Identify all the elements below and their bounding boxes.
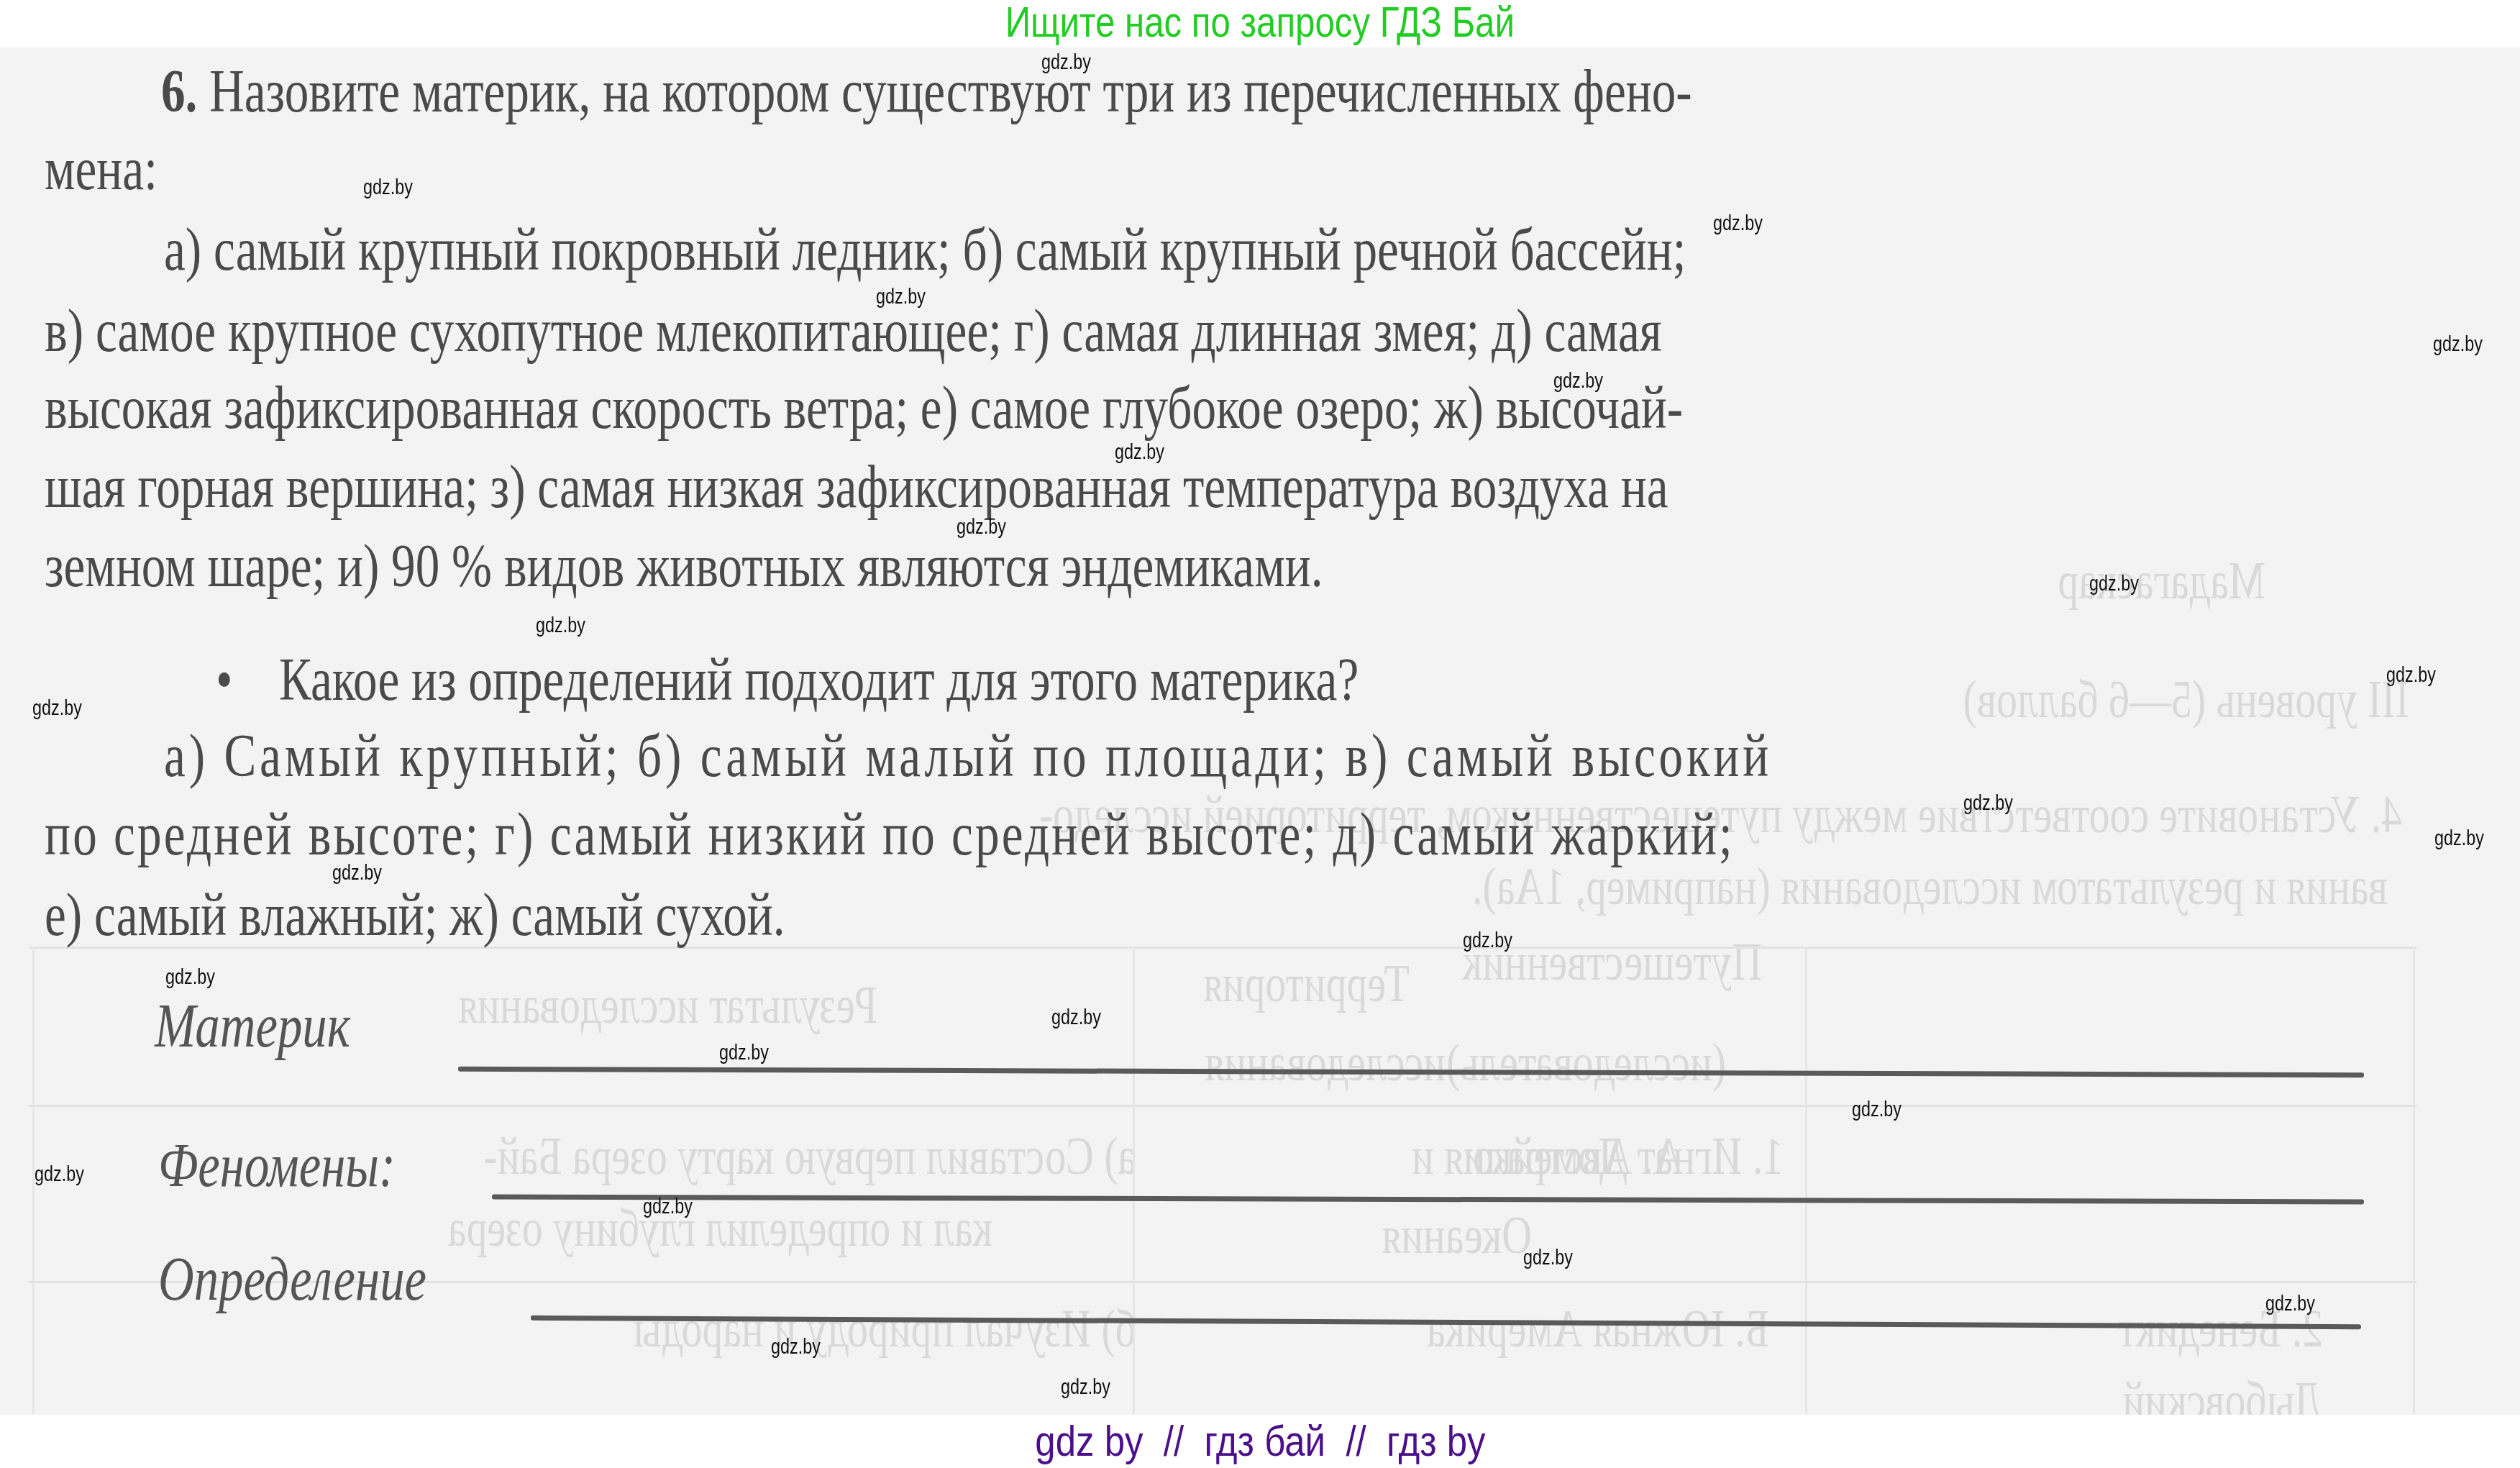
watermark: gdz.by bbox=[2434, 826, 2484, 851]
watermark: gdz.by bbox=[2433, 332, 2483, 357]
options-line-3: е) самый влажный; ж) самый сухой. bbox=[45, 885, 785, 946]
task-line-5: высокая зафиксированная скорость ветра; … bbox=[45, 378, 1683, 439]
watermark: gdz.by bbox=[1051, 1006, 1101, 1030]
watermark: gdz.by bbox=[2265, 1292, 2315, 1316]
watermark: gdz.by bbox=[363, 175, 413, 200]
watermark: gdz.by bbox=[32, 696, 82, 721]
watermark: gdz.by bbox=[35, 1162, 84, 1187]
ghost-table-border bbox=[2413, 947, 2415, 1414]
task-number: 6. bbox=[161, 58, 197, 125]
watermark: gdz.by bbox=[2386, 663, 2436, 688]
task-line-1: 6. Назовите материк, на котором существу… bbox=[161, 62, 1692, 122]
ghost-text: (исследователь) bbox=[1446, 1033, 1726, 1094]
ghost-text: б) Изучал природу и народы bbox=[634, 1299, 1136, 1360]
watermark: gdz.by bbox=[332, 861, 382, 885]
ghost-text: А. Австралия и bbox=[1412, 1126, 1683, 1187]
ghost-text: Океания bbox=[1382, 1205, 1532, 1267]
ghost-text: III уровень (5—6 баллов) bbox=[1963, 670, 2409, 731]
ghost-text: Территория bbox=[1203, 954, 1410, 1015]
task-line-2: мена: bbox=[45, 140, 157, 200]
question-bullet: • bbox=[216, 650, 233, 711]
task-line-4: в) самое крупное сухопутное млекопитающе… bbox=[45, 301, 1662, 362]
search-banner-text: Ищите нас по запросу ГДЗ Бай bbox=[1005, 0, 1515, 45]
question-text: Какое из определений подходит для этого … bbox=[279, 650, 1359, 711]
watermark: gdz.by bbox=[165, 965, 215, 990]
watermark: gdz.by bbox=[1852, 1098, 1902, 1122]
task-line-3: а) самый крупный покровный ледник; б) са… bbox=[164, 220, 1686, 281]
watermark: gdz.by bbox=[643, 1195, 693, 1219]
ghost-text: исследования bbox=[1205, 1033, 1446, 1094]
ghost-text: Б. Южная Америка bbox=[1427, 1299, 1769, 1360]
watermark: gdz.by bbox=[876, 285, 926, 309]
watermark: gdz.by bbox=[719, 1041, 769, 1065]
watermark: gdz.by bbox=[1963, 791, 2013, 816]
watermark: gdz.by bbox=[1463, 929, 1512, 953]
ghost-table-border bbox=[1805, 947, 1807, 1414]
watermark: gdz.by bbox=[1553, 369, 1603, 393]
options-line-1: а) Самый крупный; б) самый малый по площ… bbox=[164, 726, 1772, 787]
watermark: gdz.by bbox=[957, 515, 1006, 539]
watermark: gdz.by bbox=[771, 1335, 821, 1359]
watermark: gdz.by bbox=[1041, 50, 1091, 75]
search-banner: Ищите нас по запросу ГДЗ Бай bbox=[0, 0, 2520, 47]
footer-banner: gdz by // гдз бай // гдз by bbox=[0, 1415, 2520, 1468]
watermark: gdz.by bbox=[536, 614, 585, 638]
definition-label: Определение bbox=[158, 1249, 426, 1309]
scanned-page: Путешественник (исследователь) Территори… bbox=[0, 47, 2520, 1415]
ghost-text: Дыбовский bbox=[2122, 1371, 2323, 1415]
continent-label: Материк bbox=[155, 995, 350, 1056]
watermark: gdz.by bbox=[1523, 1246, 1573, 1270]
task-line-6: шая горная вершина; з) самая низкая зафи… bbox=[45, 457, 1668, 518]
ghost-text: кал и определил глубину озера bbox=[448, 1198, 992, 1259]
ghost-text: а) Составил первую карту озера Бай- bbox=[484, 1126, 1136, 1187]
watermark: gdz.by bbox=[1115, 440, 1164, 465]
task-line-7: земном шаре; и) 90 % видов животных явля… bbox=[45, 537, 1323, 597]
watermark: gdz.by bbox=[1713, 211, 1763, 236]
phenomena-label: Феномены: bbox=[158, 1135, 396, 1195]
ghost-table-rule bbox=[29, 1105, 2416, 1107]
watermark: gdz.by bbox=[1061, 1375, 1110, 1400]
ghost-table-border bbox=[1133, 947, 1135, 1414]
options-line-2: по средней высоте; г) самый низкий по ср… bbox=[45, 805, 1735, 865]
footer-text: gdz by // гдз бай // гдз by bbox=[1035, 1415, 1485, 1468]
ghost-text: Результат исследования bbox=[458, 975, 877, 1036]
watermark: gdz.by bbox=[2089, 572, 2139, 596]
